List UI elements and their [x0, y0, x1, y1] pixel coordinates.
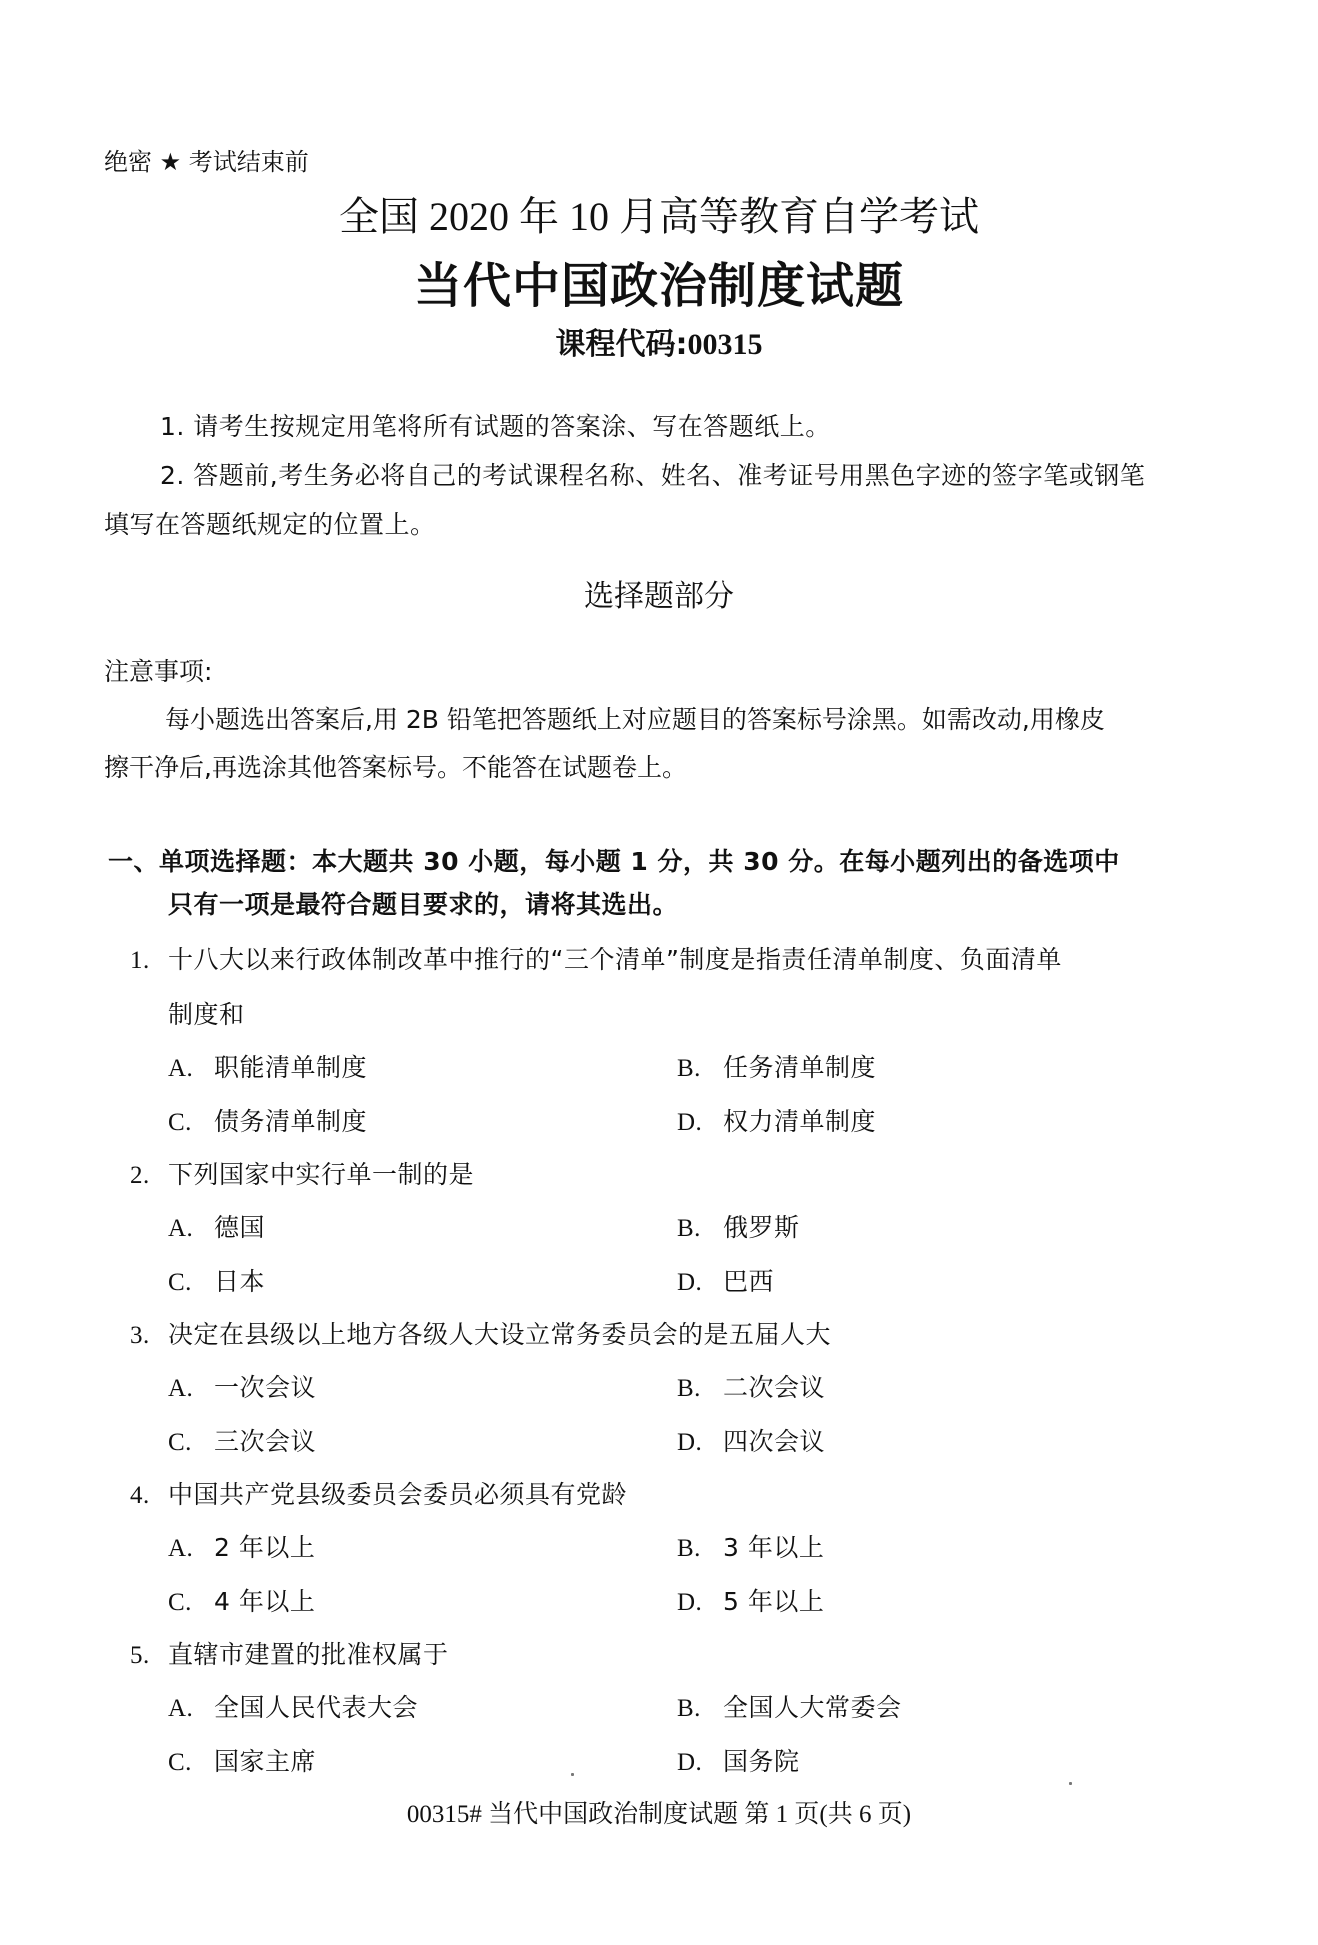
question-number: 3.: [130, 1323, 168, 1348]
option-text: 任务清单制度: [723, 1053, 876, 1082]
option-label: D.: [677, 1430, 723, 1455]
question-2-option-b: B.俄罗斯: [677, 1215, 800, 1241]
option-text: 全国人民代表大会: [214, 1693, 418, 1722]
question-number: 1.: [130, 948, 168, 973]
course-code: 课程代码:00315: [0, 330, 1318, 360]
option-label: C.: [168, 1590, 214, 1615]
question-4: 4.中国共产党县级委员会委员必须具有党龄: [130, 1482, 627, 1508]
question-1-option-a: A.职能清单制度: [168, 1055, 367, 1081]
question-3-option-d: D.四次会议: [677, 1429, 825, 1455]
option-text: 职能清单制度: [214, 1053, 367, 1082]
option-text: 四次会议: [723, 1427, 825, 1456]
option-label: D.: [677, 1590, 723, 1615]
question-1: 1.十八大以来行政体制改革中推行的“三个清单”制度是指责任清单制度、负面清单: [130, 947, 1062, 973]
question-stem: 直辖市建置的批准权属于: [168, 1640, 449, 1669]
section-part-heading: 选择题部分: [0, 582, 1318, 612]
instruction-2: 2. 答题前,考生务必将自己的考试课程名称、姓名、准考证号用黑色字迹的签字笔或钢…: [160, 463, 1145, 488]
question-2: 2.下列国家中实行单一制的是: [130, 1162, 474, 1188]
option-text: 3 年以上: [723, 1533, 824, 1562]
notice-line-1: 每小题选出答案后,用 2B 铅笔把答题纸上对应题目的答案标号涂黑。如需改动,用橡…: [165, 707, 1105, 732]
option-text: 巴西: [723, 1267, 774, 1296]
question-number: 4.: [130, 1483, 168, 1508]
page-footer: 00315# 当代中国政治制度试题 第 1 页(共 6 页): [0, 1802, 1318, 1827]
question-3-option-b: B.二次会议: [677, 1375, 825, 1401]
option-label: D.: [677, 1110, 723, 1135]
notice-label: 注意事项:: [104, 659, 212, 684]
option-text: 二次会议: [723, 1373, 825, 1402]
question-2-option-a: A.德国: [168, 1215, 265, 1241]
question-5-option-b: B.全国人大常委会: [677, 1695, 902, 1721]
option-text: 全国人大常委会: [723, 1693, 902, 1722]
option-text: 2 年以上: [214, 1533, 315, 1562]
question-stem: 决定在县级以上地方各级人大设立常务委员会的是五届人大: [168, 1320, 831, 1349]
question-stem: 中国共产党县级委员会委员必须具有党龄: [168, 1480, 627, 1509]
option-label: C.: [168, 1110, 214, 1135]
option-text: 三次会议: [214, 1427, 316, 1456]
question-3-option-a: A.一次会议: [168, 1375, 316, 1401]
question-number: 5.: [130, 1643, 168, 1668]
option-label: A.: [168, 1216, 214, 1241]
question-number: 2.: [130, 1163, 168, 1188]
question-4-option-d: D.5 年以上: [677, 1589, 824, 1615]
option-text: 俄罗斯: [723, 1213, 800, 1242]
option-label: C.: [168, 1270, 214, 1295]
instruction-1: 1. 请考生按规定用笔将所有试题的答案涂、写在答题纸上。: [160, 414, 831, 439]
option-label: B.: [677, 1376, 723, 1401]
option-label: A.: [168, 1376, 214, 1401]
section-one-heading: 一、单项选择题：本大题共 30 小题，每小题 1 分，共 30 分。在每小题列出…: [108, 849, 1120, 874]
course-code-value: 00315: [688, 328, 763, 361]
question-5-option-d: D.国务院: [677, 1749, 800, 1775]
instruction-2-continued: 填写在答题纸规定的位置上。: [104, 512, 436, 537]
question-1-stem-continued: 制度和: [168, 1002, 245, 1027]
question-1-option-d: D.权力清单制度: [677, 1109, 876, 1135]
question-4-option-b: B.3 年以上: [677, 1535, 824, 1561]
question-3-option-c: C.三次会议: [168, 1429, 316, 1455]
question-3: 3.决定在县级以上地方各级人大设立常务委员会的是五届人大: [130, 1322, 831, 1348]
question-stem: 十八大以来行政体制改革中推行的“三个清单”制度是指责任清单制度、负面清单: [168, 945, 1062, 974]
notice-line-2: 擦干净后,再选涂其他答案标号。不能答在试题卷上。: [104, 755, 687, 780]
scan-speck: [1069, 1782, 1072, 1785]
option-label: D.: [677, 1270, 723, 1295]
option-label: C.: [168, 1750, 214, 1775]
question-5: 5.直辖市建置的批准权属于: [130, 1642, 449, 1668]
option-label: C.: [168, 1430, 214, 1455]
question-5-option-c: C.国家主席: [168, 1749, 316, 1775]
option-text: 国家主席: [214, 1747, 316, 1776]
option-label: B.: [677, 1536, 723, 1561]
option-label: A.: [168, 1056, 214, 1081]
question-2-option-d: D.巴西: [677, 1269, 774, 1295]
option-label: A.: [168, 1696, 214, 1721]
course-code-label: 课程代码:: [556, 327, 688, 362]
question-1-option-b: B.任务清单制度: [677, 1055, 876, 1081]
question-stem: 下列国家中实行单一制的是: [168, 1160, 474, 1189]
option-text: 德国: [214, 1213, 265, 1242]
option-label: B.: [677, 1216, 723, 1241]
option-text: 一次会议: [214, 1373, 316, 1402]
option-label: B.: [677, 1696, 723, 1721]
option-text: 债务清单制度: [214, 1107, 367, 1136]
question-4-option-a: A.2 年以上: [168, 1535, 315, 1561]
option-label: B.: [677, 1056, 723, 1081]
option-text: 日本: [214, 1267, 265, 1296]
question-4-option-c: C.4 年以上: [168, 1589, 315, 1615]
option-text: 5 年以上: [723, 1587, 824, 1616]
option-text: 4 年以上: [214, 1587, 315, 1616]
confidentiality-marker: 绝密 ★ 考试结束前: [104, 150, 309, 174]
question-2-option-c: C.日本: [168, 1269, 265, 1295]
option-label: D.: [677, 1750, 723, 1775]
exam-title: 全国 2020 年 10 月高等教育自学考试: [0, 197, 1318, 237]
option-text: 国务院: [723, 1747, 800, 1776]
paper-title: 当代中国政治制度试题: [0, 262, 1318, 310]
option-label: A.: [168, 1536, 214, 1561]
option-text: 权力清单制度: [723, 1107, 876, 1136]
section-one-heading-continued: 只有一项是最符合题目要求的，请将其选出。: [168, 892, 678, 917]
scan-speck: [571, 1773, 574, 1776]
question-5-option-a: A.全国人民代表大会: [168, 1695, 418, 1721]
question-1-option-c: C.债务清单制度: [168, 1109, 367, 1135]
